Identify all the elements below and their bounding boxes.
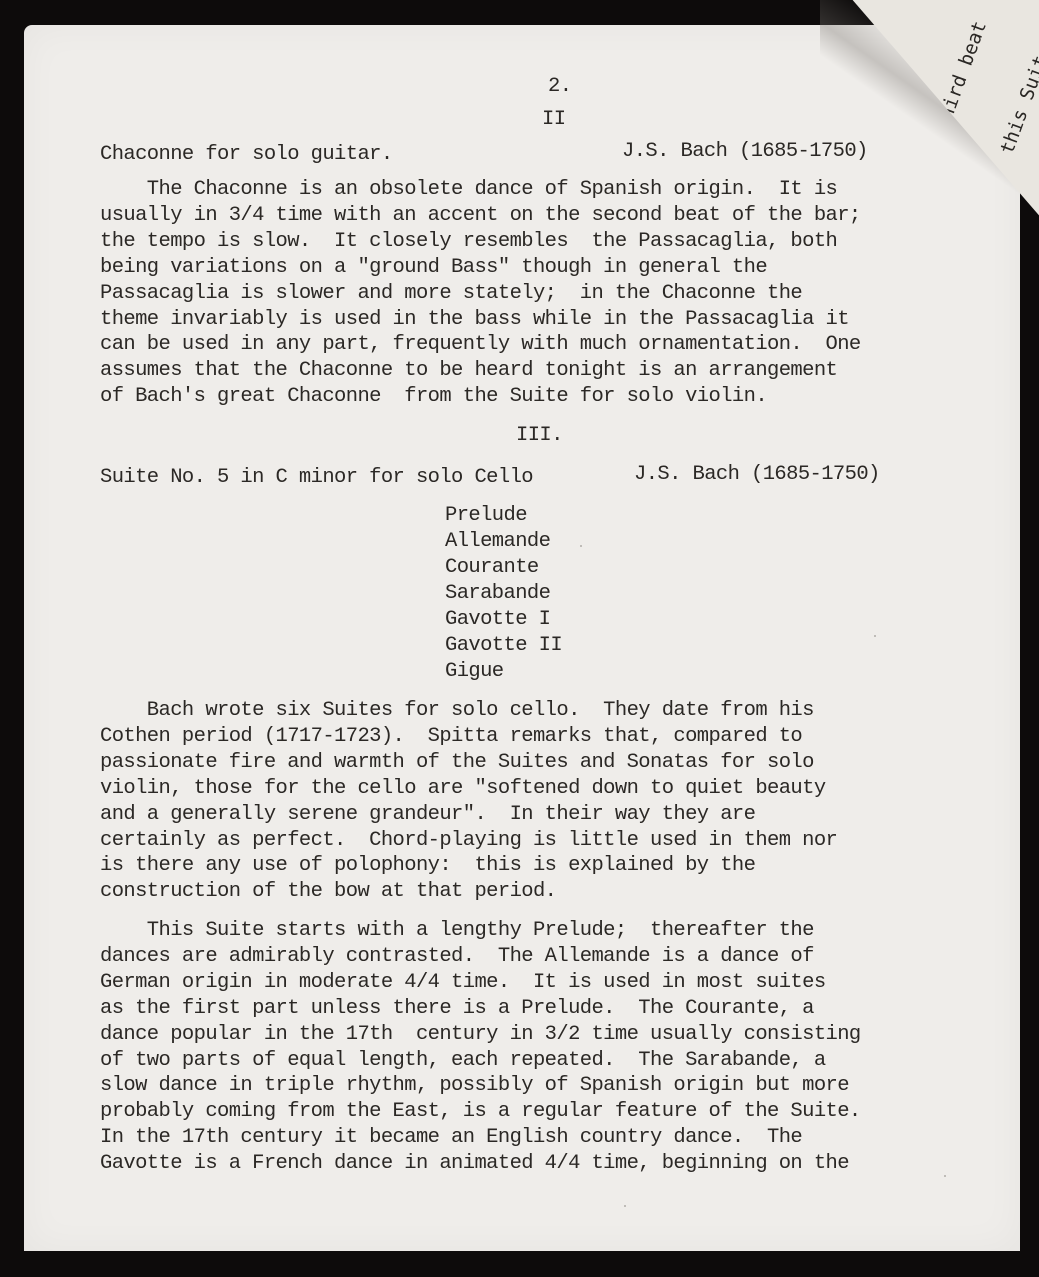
section-iii-numeral: III. [516, 423, 563, 449]
text-line: is there any use of polophony: this is e… [100, 853, 837, 879]
text-line: violin, those for the cello are "softene… [100, 776, 837, 802]
text-line: assumes that the Chaconne to be heard to… [100, 358, 861, 384]
movement-item: Gavotte II [445, 633, 562, 659]
text-line: The Chaconne is an obsolete dance of Spa… [100, 177, 861, 203]
scan-speck [580, 545, 582, 547]
text-line: the tempo is slow. It closely resembles … [100, 229, 861, 255]
movement-item: Gigue [445, 659, 562, 685]
text-line: dance popular in the 17th century in 3/2… [100, 1022, 861, 1048]
section-ii-title: Chaconne for solo guitar. [100, 142, 393, 168]
text-line: Gavotte is a French dance in animated 4/… [100, 1151, 861, 1177]
text-line: Passacaglia is slower and more stately; … [100, 281, 861, 307]
text-line: of two parts of equal length, each repea… [100, 1048, 861, 1074]
text-line: slow dance in triple rhythm, possibly of… [100, 1073, 861, 1099]
text-line: dances are admirably contrasted. The All… [100, 944, 861, 970]
folded-line: this Suite [996, 31, 1039, 157]
text-line: construction of the bow at that period. [100, 879, 837, 905]
text-line: Cothen period (1717-1723). Spitta remark… [100, 724, 837, 750]
text-line: certainly as perfect. Chord-playing is l… [100, 828, 837, 854]
section-iii-paragraph-2: This Suite starts with a lengthy Prelude… [100, 918, 861, 1177]
page-number: 2. [548, 74, 571, 100]
text-line: In the 17th century it became an English… [100, 1125, 861, 1151]
section-iii-title: Suite No. 5 in C minor for solo Cello [100, 465, 533, 491]
text-line: can be used in any part, frequently with… [100, 332, 861, 358]
text-line: probably coming from the East, is a regu… [100, 1099, 861, 1125]
movement-list: Prelude Allemande Courante Sarabande Gav… [445, 503, 562, 685]
text-line: theme invariably is used in the bass whi… [100, 307, 861, 333]
text-line: being variations on a "ground Bass" thou… [100, 255, 861, 281]
text-line: as the first part unless there is a Prel… [100, 996, 861, 1022]
scan-speck [624, 1205, 626, 1207]
text-line: usually in 3/4 time with an accent on th… [100, 203, 861, 229]
scan-speck [944, 1175, 946, 1177]
section-ii-composer: J.S. Bach (1685-1750) [622, 139, 868, 165]
section-ii-paragraph: The Chaconne is an obsolete dance of Spa… [100, 177, 861, 410]
document-page: 2. II Chaconne for solo guitar. J.S. Bac… [24, 25, 1020, 1251]
text-line: Bach wrote six Suites for solo cello. Th… [100, 698, 837, 724]
section-ii-numeral: II [542, 107, 565, 133]
text-line: This Suite starts with a lengthy Prelude… [100, 918, 861, 944]
movement-item: Gavotte I [445, 607, 562, 633]
section-iii-paragraph-1: Bach wrote six Suites for solo cello. Th… [100, 698, 837, 905]
scan-speck [874, 635, 876, 637]
text-line: and a generally serene grandeur". In the… [100, 802, 837, 828]
text-line: passionate fire and warmth of the Suites… [100, 750, 837, 776]
text-line: German origin in moderate 4/4 time. It i… [100, 970, 861, 996]
movement-item: Allemande [445, 529, 562, 555]
movement-item: Sarabande [445, 581, 562, 607]
movement-item: Courante [445, 555, 562, 581]
movement-item: Prelude [445, 503, 562, 529]
text-line: of Bach's great Chaconne from the Suite … [100, 384, 861, 410]
section-iii-composer: J.S. Bach (1685-1750) [634, 462, 880, 488]
